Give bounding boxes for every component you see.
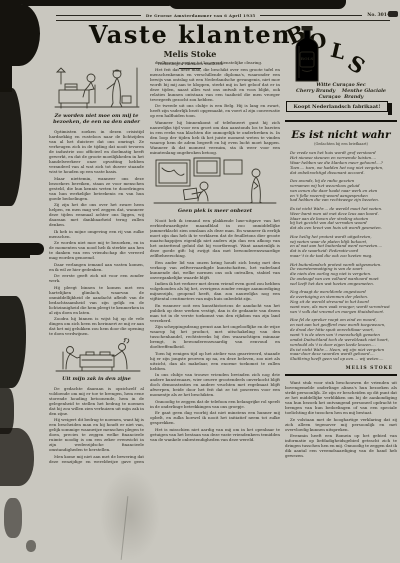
bols-bottle-icon: BOLS [293, 26, 321, 84]
body-text-block: Want stuk voor stuk beschouwen de vriend… [285, 380, 397, 458]
scan-smudge [0, 243, 44, 255]
masthead-rule [56, 15, 141, 16]
scan-smudge [0, 428, 34, 486]
illustration-caption: Geen plek is meer onbezet [150, 208, 280, 214]
bols-advertisement: B O L S BOLS Witte Curaçao SecCherry Bra… [285, 22, 397, 114]
paragraph: In ons clubje van trouwe vrienden bevind… [150, 372, 280, 397]
paragraph: Onnoodig te zeggen dat de telefoon een b… [150, 399, 280, 409]
paragraph: Het is misschien niet aardig van mij om … [150, 427, 280, 442]
ad-product-list: Witte Curaçao SecCherry Brandy Menthe Gl… [285, 82, 397, 101]
masthead-rule [260, 15, 362, 16]
paragraph: De gedachte daaraan is opzichzelf al vol… [49, 386, 144, 416]
paragraph: Indien ik het verkeer met dezen vriend e… [150, 281, 280, 301]
paragraph: Ik heb in mijne omgeving een rij van zul… [49, 229, 144, 239]
poem-body: De vrede van het huis wordt grof verstoo… [285, 151, 397, 362]
paragraph: Zij zijn het die ons over het zware heen… [49, 202, 144, 227]
poem-signature: MELIS STOKE [285, 366, 397, 371]
bols-letter-l: L [328, 38, 347, 65]
scan-smudge [22, 0, 174, 6]
article-author: Melis Stoke [88, 49, 292, 59]
scan-smudge [4, 498, 22, 538]
scan-smudge [168, 0, 346, 9]
scan-smudge [26, 540, 36, 552]
article-title: Vaste klanten [88, 23, 292, 47]
paragraph: Maar niettemin, wanneer ons deze bezoeke… [49, 176, 144, 201]
illustration-caption: Uit mijn zak in den zijne [49, 376, 144, 382]
illustration-desk-visitors [49, 63, 144, 111]
paragraph: Men kome mij niet aan met de bewering da… [49, 454, 144, 466]
paragraph: Daar verlangen iemand aan vasten komen, … [49, 262, 144, 272]
paragraph: De eerste geeft zich uit voor een zonder… [49, 273, 144, 283]
column-right: B O L S BOLS Witte Curaçao SecCherry Bra… [285, 22, 397, 458]
issue-number: No. 3014 [367, 13, 390, 18]
ad-slogan: Koopt Nederlandsch fabrikaat! [286, 101, 388, 112]
poem-title: Es ist nicht wahr [285, 129, 397, 141]
paragraph: Zoodra hij binnen is wijst hij op de vel… [49, 316, 144, 336]
poem-stanza: Het buitenlandsch protest wordt uitgesme… [290, 263, 397, 287]
body-text-block: De gedachte daaraan is opzichzelf al vol… [49, 386, 144, 466]
paragraph: Toen hij eenigen tijd op het atelier was… [150, 351, 280, 371]
paragraph: Het feit dat deze man, die beschikt over… [150, 67, 280, 102]
poem-subtitle: (Gedachten bij een briefkaart) [285, 142, 397, 146]
poem-stanza: De vrede van het huis wordt grof verstoo… [290, 151, 397, 175]
paragraph: doelbewuste poging tot hoogverdienstelij… [150, 60, 280, 65]
poem-stanza: Des avonds, bij de radio gezeten vername… [290, 179, 397, 203]
paragraph: Er gaat geen dag voorbij dat niet minste… [150, 410, 280, 425]
masthead-title: De Groene Amsterdammer van 6 April 1935 [146, 13, 256, 18]
body-text-block: Nooit heb ik iemand een plakkende luxe-u… [150, 218, 280, 442]
poem-stanza: Es ist nicht Wahr.... de wereld moet het… [290, 207, 397, 231]
poem-stanza: Hoe heilig het protest wordt uitgekreten… [290, 235, 397, 259]
paragraph: Ze volstaan met de hooghartige verklarin… [285, 417, 397, 432]
illustration-caption: Ze worden niet moe om mij te bezoeken, d… [49, 113, 144, 125]
ad-product-line: Curaçao Brandy [285, 94, 397, 100]
paragraph: Want stuk voor stuk beschouwen de vriend… [285, 380, 397, 415]
scan-smudge [0, 255, 30, 258]
paragraph: Evenmin heeft een Romein op het gebied v… [285, 433, 397, 458]
bols-letter-s: S [343, 50, 369, 79]
illustration-pictures-room [150, 156, 280, 206]
paragraph: Wanneer hij binnenkomt of telefoneert gu… [150, 120, 280, 155]
paragraph: Hij pleegt binnen te komen met een harte… [49, 285, 144, 315]
scan-smudge [100, 470, 160, 560]
paragraph: Ze worden niet moe mij te bezoeken, en i… [49, 240, 144, 260]
scan-smudge [0, 296, 26, 388]
paragraph: De tweede uit ons clubje is een Belg. Hi… [150, 103, 280, 118]
paragraph: Nooit heb ik iemand een plakkende luxe-u… [150, 218, 280, 258]
newspaper-page: De Groene Amsterdammer van 6 April 1935 … [0, 0, 400, 563]
column-left: Ze worden niet moe om mij te bezoeken, d… [49, 63, 144, 465]
section-rule [285, 120, 397, 122]
section-rule [285, 374, 397, 377]
scan-smudge [0, 4, 40, 66]
paragraph: En wanneer ooit een kunsthistoricus de a… [150, 303, 280, 323]
paragraph: Optimisten zoeken in dezen crisistijd ha… [49, 129, 144, 174]
paragraph: Een ander lid van onzen kring houdt zich… [150, 260, 280, 280]
poem-stanza: Hoe fel de spreker roept om eind en moor… [290, 318, 397, 362]
paragraph: Hij weigert dit bedrag te noemen, want h… [49, 417, 144, 452]
body-text-block: Optimisten zoeken in dezen crisistijd ha… [49, 129, 144, 336]
body-text-block: doelbewuste poging tot hoogverdienstelij… [150, 60, 280, 155]
bols-bottle-label: BOLS [301, 56, 314, 61]
poem-stanza: Nog draagt de wereldorde ongestoord de o… [290, 290, 397, 314]
illustration-two-men-desk [52, 338, 142, 374]
paragraph: Zijn scheppingsdrang grenst aan het onge… [150, 324, 280, 349]
column-middle: doelbewuste poging tot hoogverdienstelij… [150, 60, 280, 458]
scan-smudge [0, 88, 22, 206]
